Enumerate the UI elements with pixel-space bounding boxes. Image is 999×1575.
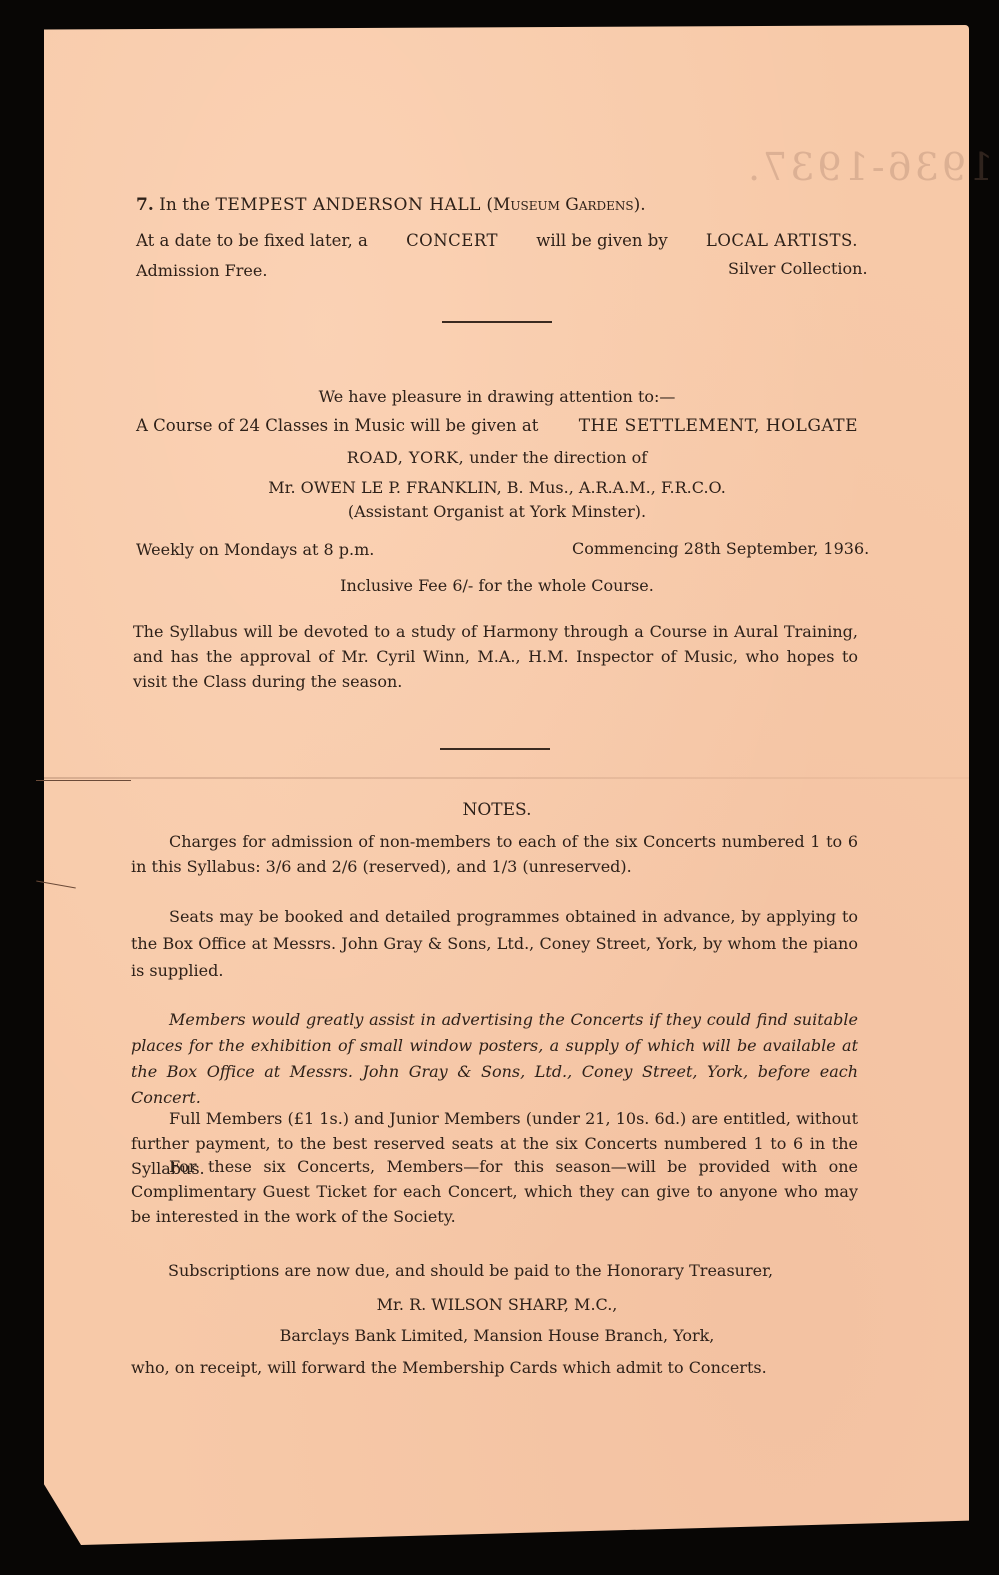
- concert-line: At a date to be fixed later, a CONCERT w…: [136, 228, 858, 254]
- notes-closing: who, on receipt, will forward the Member…: [131, 1355, 767, 1381]
- course-director-role: (Assistant Organist at York Minster).: [136, 499, 858, 525]
- course-line-1: A Course of 24 Classes in Music will be …: [136, 413, 858, 439]
- treasurer-name: Mr. R. WILSON SHARP, M.C.,: [136, 1292, 858, 1318]
- course-director: Mr. OWEN LE P. FRANKLIN, B. Mus., A.R.A.…: [136, 475, 858, 501]
- paper-fold-crease: [44, 777, 969, 779]
- notes-booking: Seats may be booked and detailed program…: [131, 903, 858, 984]
- notes-posters: Members would greatly assist in advertis…: [131, 1007, 858, 1111]
- notes-subscriptions: Subscriptions are now due, and should be…: [168, 1258, 773, 1284]
- course-syllabus: The Syllabus will be devoted to a study …: [133, 619, 858, 694]
- section-number: 7.: [136, 195, 154, 215]
- course-start-date: Commencing 28th September, 1936.: [572, 536, 869, 562]
- treasurer-bank: Barclays Bank Limited, Mansion House Bra…: [136, 1323, 858, 1349]
- section-divider: [442, 321, 552, 323]
- show-through-date-stamp: 1936-1937.: [745, 145, 993, 189]
- course-fee: Inclusive Fee 6/- for the whole Course.: [136, 573, 858, 599]
- venue-location: (Museum Gardens).: [486, 195, 645, 215]
- course-schedule: Weekly on Mondays at 8 p.m.: [136, 537, 374, 563]
- course-intro: We have pleasure in drawing attention to…: [136, 384, 858, 410]
- collection-text: Silver Collection.: [728, 256, 868, 282]
- venue-name: TEMPEST ANDERSON HALL: [215, 195, 480, 215]
- notes-charges: Charges for admission of non-members to …: [131, 829, 858, 879]
- notes-heading: NOTES.: [136, 797, 858, 823]
- course-line-2: ROAD, YORK, under the direction of: [136, 445, 858, 471]
- notes-guest-ticket: For these six Concerts, Members—for this…: [131, 1154, 858, 1229]
- section-divider: [440, 748, 550, 750]
- admission-text: Admission Free.: [136, 258, 267, 284]
- paper-tear: [36, 780, 131, 781]
- section7-heading: 7. In the TEMPEST ANDERSON HALL (Museum …: [136, 192, 646, 218]
